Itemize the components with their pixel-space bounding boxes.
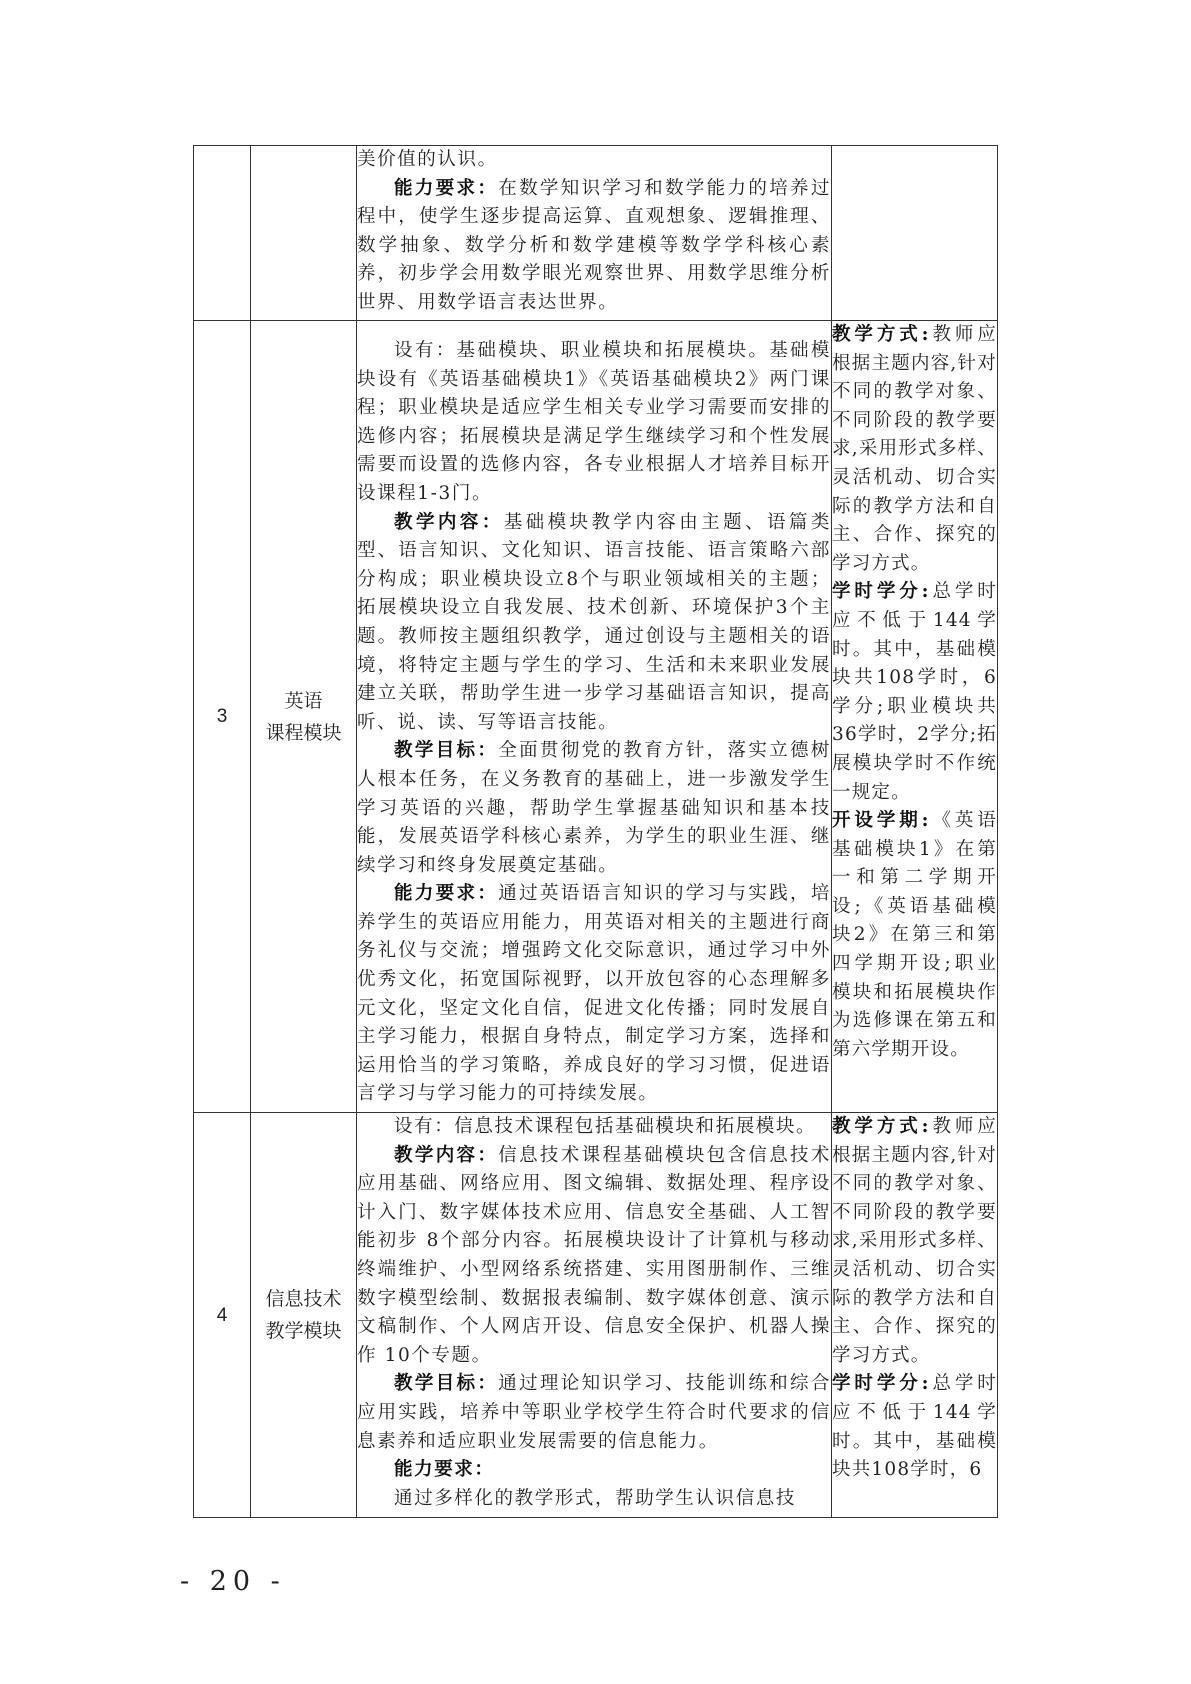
desc-paragraph: 教学内容：基础模块教学内容由主题、语篇类型、语言知识、文化知识、语言技能、语言策… <box>357 509 831 738</box>
desc-paragraph: 美价值的认识。 <box>357 146 831 175</box>
desc-paragraph: 教学目标：全面贯彻党的教育方针，落实立德树人根本任务，在义务教育的基础上，进一步… <box>357 737 831 880</box>
note-label: 学时学分: <box>832 581 930 602</box>
desc-paragraph: 设有：信息技术课程包括基础模块和拓展模块。 <box>357 1113 831 1142</box>
note-label: 学时学分: <box>832 1373 930 1394</box>
module-name-cell <box>251 146 357 321</box>
page-number: - 20 - <box>180 1566 286 1597</box>
row-number-cell <box>194 146 251 321</box>
module-name-line: 英语 <box>251 685 356 717</box>
note-label: 开设学期: <box>832 810 930 831</box>
row-number-cell: 3 <box>194 321 251 1113</box>
course-table: 美价值的认识。 能力要求：在数学知识学习和数学能力的培养过程中，使学生逐步提高运… <box>193 145 998 1518</box>
notes-cell <box>832 146 998 321</box>
table-row-information-technology: 4 信息技术 教学模块 设有：信息技术课程包括基础模块和拓展模块。 教学内容：信… <box>194 1113 998 1518</box>
note-paragraph: 开设学期:《英语基础模块1》在第一和第二学期开设;《英语基础模块2》在第三和第四… <box>832 807 997 1064</box>
desc-paragraph: 能力要求：在数学知识学习和数学能力的培养过程中，使学生逐步提高运算、直观想象、逻… <box>357 175 831 318</box>
notes-cell: 教学方式:教师应根据主题内容,针对不同的教学对象、不同阶段的教学要求,采用形式多… <box>832 321 998 1113</box>
desc-paragraph: 通过多样化的教学形式，帮助学生认识信息技 <box>357 1485 831 1514</box>
description-cell: 设有：基础模块、职业模块和拓展模块。基础模块设有《英语基础模块1》《英语基础模块… <box>357 321 832 1113</box>
module-name-line: 课程模块 <box>251 717 356 749</box>
module-name-cell: 信息技术 教学模块 <box>251 1113 357 1518</box>
section-label: 教学目标： <box>394 740 498 761</box>
note-label: 教学方式: <box>832 1116 930 1137</box>
section-label: 教学内容： <box>394 512 504 533</box>
desc-paragraph: 设有：基础模块、职业模块和拓展模块。基础模块设有《英语基础模块1》《英语基础模块… <box>357 337 831 509</box>
document-page: 美价值的认识。 能力要求：在数学知识学习和数学能力的培养过程中，使学生逐步提高运… <box>0 0 1191 1684</box>
desc-paragraph: 能力要求：通过英语语言知识的学习与实践，培养学生的英语应用能力，用英语对相关的主… <box>357 880 831 1109</box>
description-cell: 美价值的认识。 能力要求：在数学知识学习和数学能力的培养过程中，使学生逐步提高运… <box>357 146 832 321</box>
desc-paragraph: 教学目标：通过理论知识学习、技能训练和综合应用实践，培养中等职业学校学生符合时代… <box>357 1370 831 1456</box>
table-row-math-continued: 美价值的认识。 能力要求：在数学知识学习和数学能力的培养过程中，使学生逐步提高运… <box>194 146 998 321</box>
section-label: 能力要求： <box>394 178 498 199</box>
section-label: 教学目标： <box>394 1373 498 1394</box>
section-label: 教学内容： <box>394 1145 498 1166</box>
description-cell: 设有：信息技术课程包括基础模块和拓展模块。 教学内容：信息技术课程基础模块包含信… <box>357 1113 832 1518</box>
section-label: 能力要求： <box>394 883 498 904</box>
desc-paragraph: 能力要求： <box>357 1456 831 1485</box>
table-row-english: 3 英语 课程模块 设有：基础模块、职业模块和拓展模块。基础模块设有《英语基础模… <box>194 321 998 1113</box>
module-name-line: 信息技术 <box>251 1283 356 1315</box>
note-paragraph: 教学方式:教师应根据主题内容,针对不同的教学对象、不同阶段的教学要求,采用形式多… <box>832 321 997 578</box>
note-label: 教学方式: <box>832 324 930 345</box>
notes-cell: 教学方式:教师应根据主题内容,针对不同的教学对象、不同阶段的教学要求,采用形式多… <box>832 1113 998 1518</box>
section-label: 能力要求： <box>394 1459 495 1480</box>
note-paragraph: 教学方式:教师应根据主题内容,针对不同的教学对象、不同阶段的教学要求,采用形式多… <box>832 1113 997 1370</box>
note-paragraph: 学时学分:总学时应不低于144学时。其中，基础模块共108学时，6学分;职业模块… <box>832 578 997 807</box>
row-number-cell: 4 <box>194 1113 251 1518</box>
module-name-cell: 英语 课程模块 <box>251 321 357 1113</box>
desc-paragraph: 教学内容：信息技术课程基础模块包含信息技术应用基础、网络应用、图文编辑、数据处理… <box>357 1142 831 1371</box>
module-name-line: 教学模块 <box>251 1315 356 1347</box>
note-paragraph: 学时学分:总学时应不低于144学时。其中，基础模块共108学时，6 <box>832 1370 997 1484</box>
